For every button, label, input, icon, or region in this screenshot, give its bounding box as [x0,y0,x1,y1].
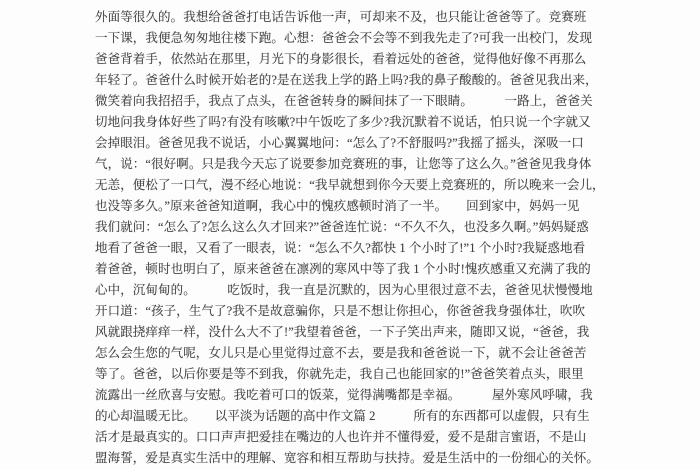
text-line: 爸爸背着手，依然站在那里，月光下的身影很长，看着远处的爸爸，觉得他好像不再那么 [95,49,619,70]
document-page: 外面等很久的。我想给爸爸打电话告诉他一声，可却来不及，也只能让爸爸等了。竞赛班一… [0,0,700,470]
text-line: 地看了爸爸一眼，又看了一眼表，说：“怎么不久?都快 1 个小时了!”1 个小时?… [95,238,619,259]
text-line: 盟海誓，爱是真实生活中的理解、宽容和相互帮助与扶持。爱是生活中的一份细心的关怀。 [95,448,619,469]
text-line: 气，说：“很好啊。只是我今天忘了说要参加竞赛班的事，让您等了这么久。”爸爸见我身… [95,154,619,175]
text-line: 活才是最真实的。口口声声把爱挂在嘴边的人也许并不懂得爱，爱不是甜言蜜语，不是山 [95,427,619,448]
text-line: 外面等很久的。我想给爸爸打电话告诉他一声，可却来不及，也只能让爸爸等了。竞赛班 [95,7,619,28]
essay-text-block: 外面等很久的。我想给爸爸打电话告诉他一声，可却来不及，也只能让爸爸等了。竞赛班一… [95,7,619,469]
text-line: 怎么会生您的气呢，女儿只是心里觉得过意不去，要是我和爸爸说一下，就不会让爸爸苦 [95,343,619,364]
text-line: 心中，沉甸甸的。 吃饭时，我一直是沉默的，因为心里很过意不去，爸爸见状慢慢地 [95,280,619,301]
text-line: 着爸爸，顿时也明白了，原来爸爸在凛冽的寒风中等了我 1 个小时!愧疚感重又充满了… [95,259,619,280]
text-line: 年轻了。爸爸什么时候开始老的?是在送我上学的路上吗?我的鼻子酸酸的。爸爸见我出来… [95,70,619,91]
text-line: 的心却温暖无比。 以平淡为话题的高中作文篇 2 所有的东西都可以虚假，只有生 [95,406,619,427]
text-line: 也没等多久。”原来爸爸知道啊，我心中的愧疚感顿时消了一半。 回到家中，妈妈一见 [95,196,619,217]
text-line: 微笑着向我招招手，我点了点头，在爸爸转身的瞬间抹了一下眼睛。 一路上，爸爸关 [95,91,619,112]
text-line: 切地问我身体好些了吗?有没有咳嗽?中午饭吃了多少?我沉默着不说话，怕只说一个字就… [95,112,619,133]
text-line: 无恙，便松了一口气，漫不经心地说：“我早就想到你今天要上竞赛班的，所以晚来一会儿… [95,175,619,196]
text-line: 流露出一丝欣喜与安慰。我吃着可口的饭菜，觉得满嘴都是幸福。 屋外寒风呼啸，我 [95,385,619,406]
text-line: 开口道：“孩子，生气了?我不是故意骗你，只是不想让你担心，你爸爸我身强体壮，吹吹 [95,301,619,322]
text-line: 风就跟挠痒痒一样，没什么大不了!”我望着爸爸，一下子笑出声来，随即又说，“爸爸，… [95,322,619,343]
text-line: 等了。爸爸，以后你要是等不到我，你就先走，我自己也能回家的!”爸爸笑着点头，眼里 [95,364,619,385]
text-line: 我们就问：“怎么了?怎么这么久才回来?”爸爸连忙说：“不久不久，也没多久啊。”妈… [95,217,619,238]
text-line: 一下课，我便急匆匆地往楼下跑。心想：爸爸会不会等不到我先走了?可我一出校门，发现 [95,28,619,49]
text-line: 会掉眼泪。爸爸见我不说话，小心翼翼地问：“怎么了?不舒服吗?”我摇了摇头，深吸一… [95,133,619,154]
